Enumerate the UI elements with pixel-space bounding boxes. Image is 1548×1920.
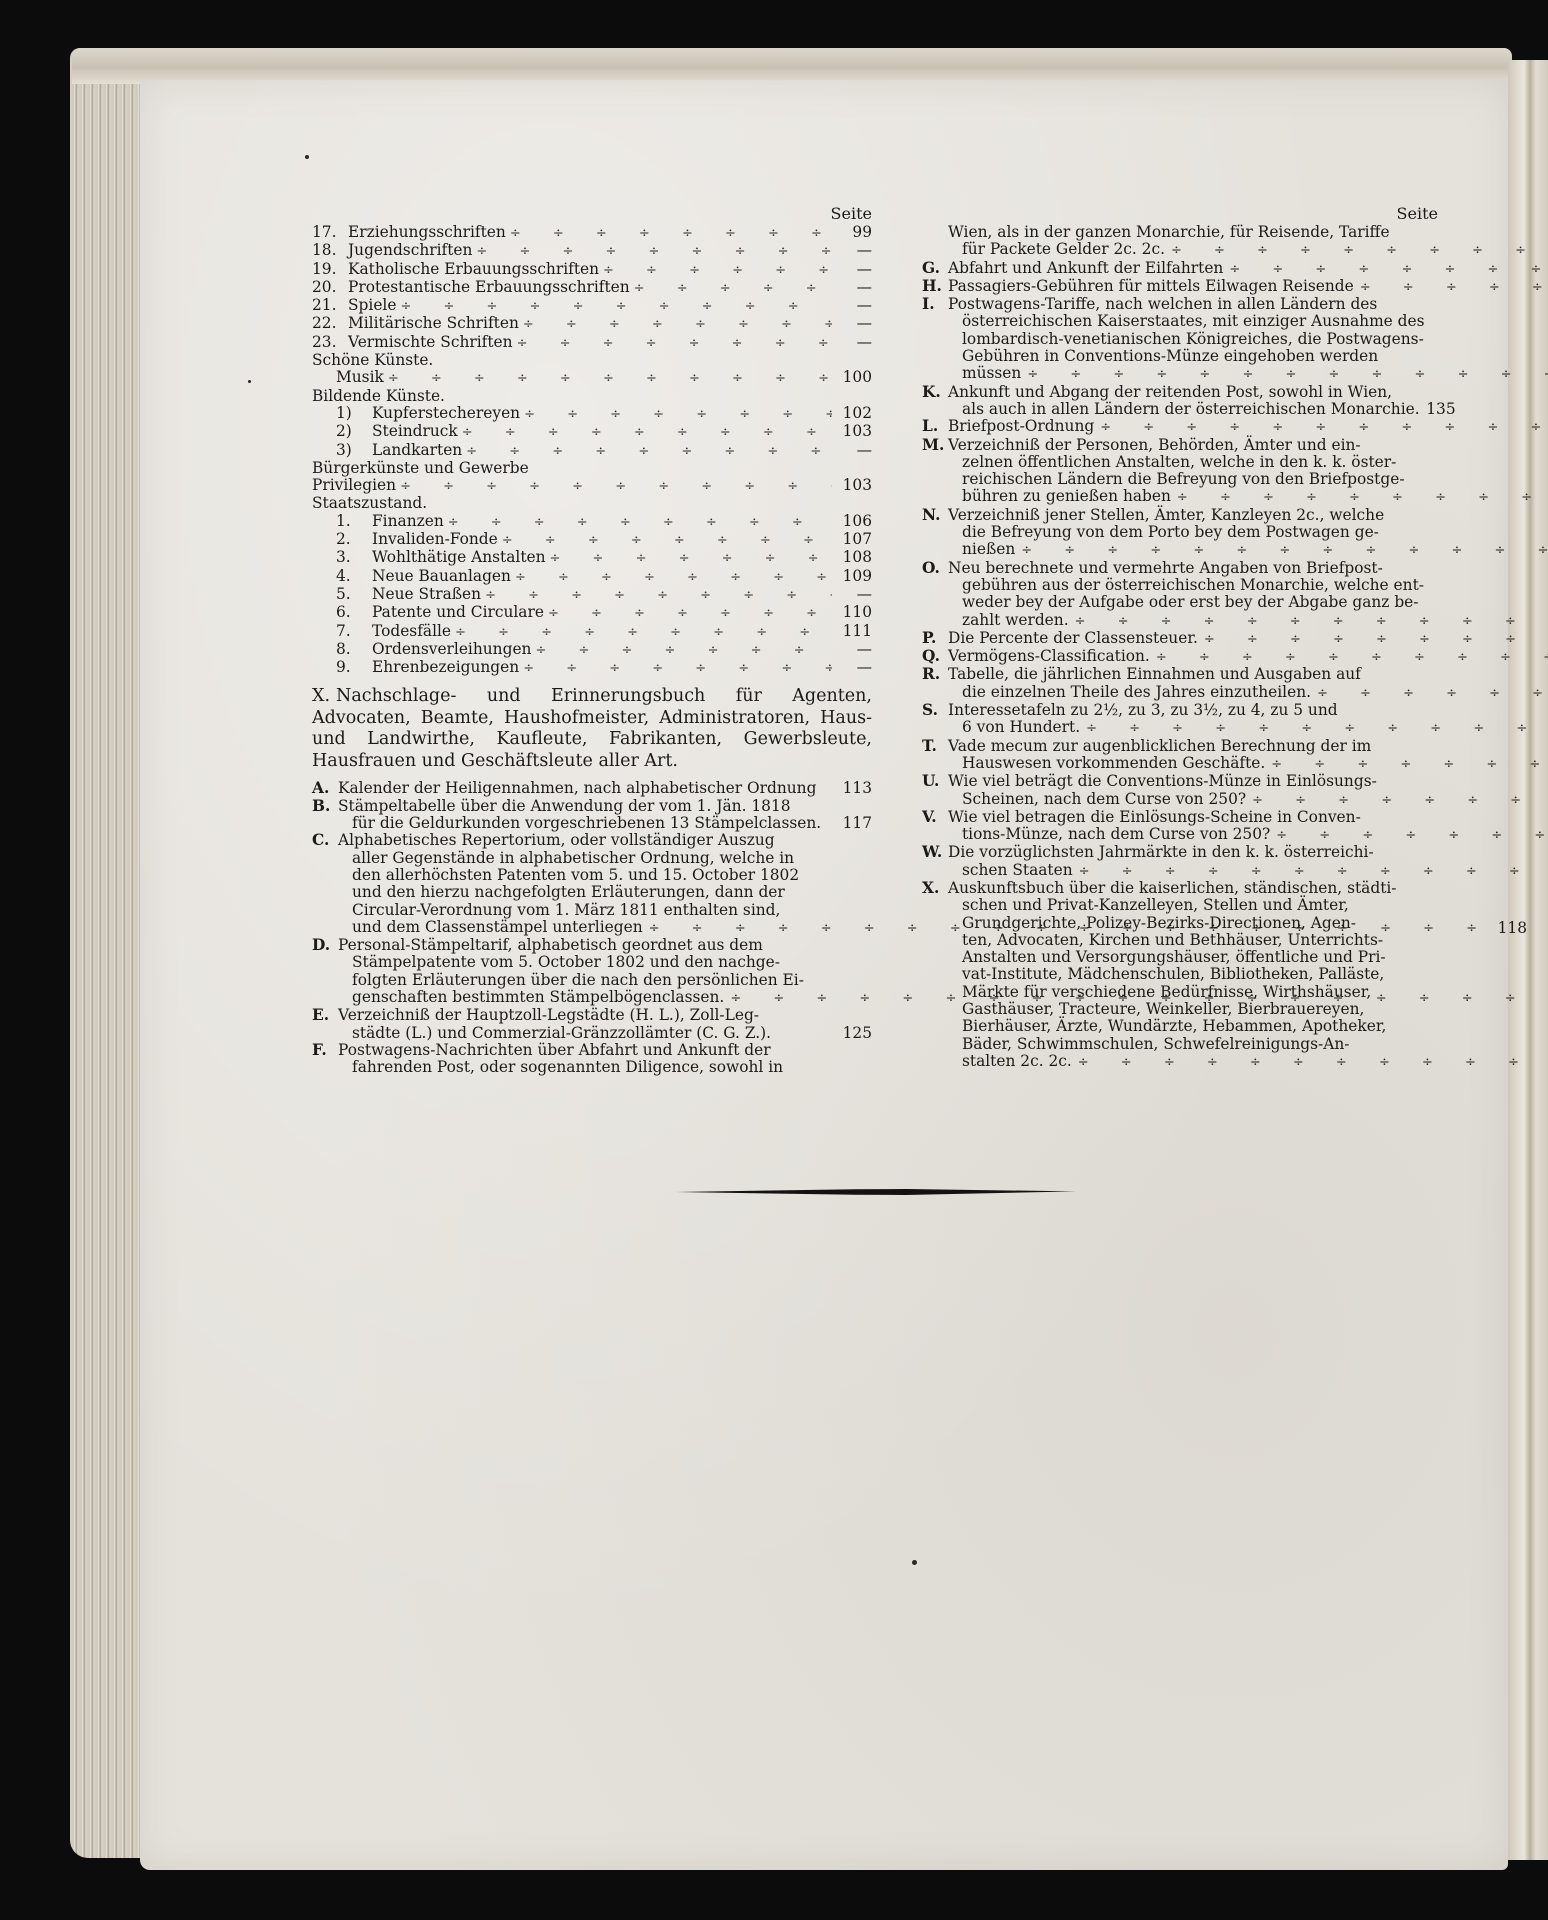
entry-letter: M.: [922, 437, 948, 507]
entry-letter: C.: [312, 832, 338, 937]
toc-entry: Wien, als in der ganzen Monarchie, für R…: [922, 224, 1438, 260]
toc-entry: N.Verzeichniß jener Stellen, Ämter, Kanz…: [922, 507, 1438, 560]
item-title: Ehrenbezeigungen: [372, 659, 519, 676]
page-number: 113: [836, 780, 872, 797]
toc-row: 3.Wohlthätige Anstalten÷ ÷ ÷ ÷ ÷ ÷ ÷ ÷ ÷…: [312, 549, 872, 567]
item-title: Erziehungsschriften: [348, 224, 506, 241]
entry-line: stalten 2c. 2c.÷ ÷ ÷ ÷ ÷ ÷ ÷ ÷ ÷ ÷ ÷ ÷ ÷…: [948, 1053, 1548, 1071]
page-number: 106: [836, 513, 872, 530]
ink-speck: [305, 155, 309, 159]
entry-text: die Befreyung von dem Porto bey dem Post…: [962, 524, 1379, 541]
entry-letter: X.: [922, 880, 948, 1071]
entry-body: Postwagens-Nachrichten über Abfahrt und …: [338, 1042, 836, 1077]
left-lettered-entries: A.Kalender der Heiligennahmen, nach alph…: [312, 780, 872, 1076]
item-title: Militärische Schriften: [348, 315, 519, 332]
item-title: Spiele: [348, 297, 396, 314]
item-number: 21.: [312, 297, 348, 314]
entry-text: zahlt werden.: [962, 612, 1069, 629]
toc-entry: H.Passagiers-Gebühren für mittels Eilwag…: [922, 278, 1438, 296]
item-title: Kupferstechereyen: [372, 405, 520, 422]
page-number: —: [836, 242, 872, 259]
entry-line: tions-Münze, nach dem Curse von 250?÷ ÷ …: [948, 826, 1548, 844]
entry-text: vat-Institute, Mädchenschulen, Bibliothe…: [962, 966, 1384, 983]
toc-row: 3)Landkarten÷ ÷ ÷ ÷ ÷ ÷ ÷ ÷ ÷ ÷ ÷ ÷ ÷ ÷ …: [312, 442, 872, 460]
dot-leader: ÷ ÷ ÷ ÷ ÷ ÷ ÷ ÷ ÷ ÷ ÷ ÷ ÷ ÷ ÷ ÷ ÷ ÷ ÷ ÷: [1078, 1054, 1548, 1071]
entry-letter: B.: [312, 798, 338, 833]
dot-leader: ÷ ÷ ÷ ÷ ÷ ÷ ÷ ÷ ÷ ÷ ÷ ÷ ÷ ÷ ÷ ÷ ÷ ÷ ÷ ÷: [455, 624, 832, 641]
item-number: 2): [336, 423, 372, 440]
entry-body: Die vorzüglichsten Jahrmärkte in den k. …: [948, 844, 1548, 880]
dot-leader: ÷ ÷ ÷ ÷ ÷ ÷ ÷ ÷ ÷ ÷ ÷ ÷ ÷ ÷ ÷ ÷ ÷ ÷ ÷ ÷: [448, 514, 832, 531]
entry-body: Vade mecum zur augenblicklichen Berechnu…: [948, 738, 1548, 774]
entry-line: Gasthäuser, Tracteure, Weinkeller, Bierb…: [948, 1001, 1548, 1018]
item-title: Wohlthätige Anstalten: [372, 549, 546, 566]
entry-line: Wie viel beträgt die Conventions-Münze i…: [948, 773, 1548, 790]
entry-line: Bierhäuser, Ärzte, Wundärzte, Hebammen, …: [948, 1018, 1548, 1035]
entry-line: Verzeichniß jener Stellen, Ämter, Kanzle…: [948, 507, 1548, 524]
entry-letter: I.: [922, 296, 948, 383]
toc-entry: W.Die vorzüglichsten Jahrmärkte in den k…: [922, 844, 1438, 880]
toc-row: 21.Spiele÷ ÷ ÷ ÷ ÷ ÷ ÷ ÷ ÷ ÷ ÷ ÷ ÷ ÷ ÷ ÷…: [312, 297, 872, 315]
entry-line: Tabelle, die jährlichen Einnahmen und Au…: [948, 666, 1548, 683]
item-title: Katholische Erbauungsschriften: [348, 261, 599, 278]
toc-entry: D.Personal-Stämpeltarif, alphabetisch ge…: [312, 937, 872, 1007]
entry-text: Abfahrt und Ankunft der Eilfahrten: [948, 260, 1223, 277]
ink-speck: [248, 380, 251, 383]
toc-row: 2.Invaliden-Fonde÷ ÷ ÷ ÷ ÷ ÷ ÷ ÷ ÷ ÷ ÷ ÷…: [312, 531, 872, 549]
entry-body: Briefpost-Ordnung÷ ÷ ÷ ÷ ÷ ÷ ÷ ÷ ÷ ÷ ÷ ÷…: [948, 418, 1548, 436]
entry-line: Ankunft und Abgang der reitenden Post, s…: [948, 384, 1420, 401]
entry-letter: T.: [922, 738, 948, 774]
dot-leader: ÷ ÷ ÷ ÷ ÷ ÷ ÷ ÷ ÷ ÷ ÷ ÷ ÷ ÷ ÷ ÷ ÷ ÷ ÷ ÷: [476, 243, 832, 260]
bildende-kuenste-items: 1)Kupferstechereyen÷ ÷ ÷ ÷ ÷ ÷ ÷ ÷ ÷ ÷ ÷…: [312, 405, 872, 460]
entry-body: Stämpeltabelle über die Anwendung der vo…: [338, 798, 836, 833]
closing-rule-ornament: [676, 1188, 1076, 1196]
page-number: —: [836, 586, 872, 603]
entry-line: die Befreyung von dem Porto bey dem Post…: [948, 524, 1548, 541]
page-number: 99: [836, 224, 872, 241]
entry-line: Märkte für verschiedene Bedürfnisse, Wir…: [948, 984, 1548, 1001]
toc-entry: K.Ankunft und Abgang der reitenden Post,…: [922, 384, 1438, 419]
page-number: 102: [836, 405, 872, 422]
entry-line: 6 von Hundert.÷ ÷ ÷ ÷ ÷ ÷ ÷ ÷ ÷ ÷ ÷ ÷ ÷ …: [948, 719, 1548, 737]
page-number: —: [836, 659, 872, 676]
page-number: —: [836, 315, 872, 332]
item-title: Jugendschriften: [348, 242, 472, 259]
entry-text: Wien, als in der ganzen Monarchie, für R…: [948, 224, 1390, 241]
toc-row: 23.Vermischte Schriften÷ ÷ ÷ ÷ ÷ ÷ ÷ ÷ ÷…: [312, 334, 872, 352]
entry-line: bühren zu genießen haben÷ ÷ ÷ ÷ ÷ ÷ ÷ ÷ …: [948, 488, 1548, 506]
entry-text: Grundgerichte, Polizey-Bezirks-Direction…: [962, 915, 1356, 932]
item-number: 23.: [312, 334, 348, 351]
item-title: Vermischte Schriften: [348, 334, 513, 351]
entry-text: Passagiers-Gebühren für mittels Eilwagen…: [948, 278, 1354, 295]
item-number: 22.: [312, 315, 348, 332]
entry-text: Kalender der Heiligennahmen, nach alphab…: [338, 780, 816, 797]
page-number: 108: [836, 549, 872, 566]
entry-line: schen Staaten÷ ÷ ÷ ÷ ÷ ÷ ÷ ÷ ÷ ÷ ÷ ÷ ÷ ÷…: [948, 862, 1548, 880]
dot-leader: ÷ ÷ ÷ ÷ ÷ ÷ ÷ ÷ ÷ ÷ ÷ ÷ ÷ ÷ ÷ ÷ ÷ ÷ ÷ ÷: [1100, 419, 1548, 436]
entry-text: lombardisch-venetianischen Königreiches,…: [962, 331, 1424, 348]
entry-text: weder bey der Aufgabe oder erst bey der …: [962, 594, 1418, 611]
item-number: 8.: [336, 641, 372, 658]
toc-row: 1)Kupferstechereyen÷ ÷ ÷ ÷ ÷ ÷ ÷ ÷ ÷ ÷ ÷…: [312, 405, 872, 423]
staatszustand-items: 1.Finanzen÷ ÷ ÷ ÷ ÷ ÷ ÷ ÷ ÷ ÷ ÷ ÷ ÷ ÷ ÷ …: [312, 513, 872, 678]
dot-leader: ÷ ÷ ÷ ÷ ÷ ÷ ÷ ÷ ÷ ÷ ÷ ÷ ÷ ÷ ÷ ÷ ÷ ÷ ÷ ÷: [466, 443, 832, 460]
entry-line: städte (L.) und Commerzial-Gränzzollämte…: [338, 1025, 836, 1042]
entry-text: folgten Erläuterungen über die nach den …: [352, 972, 804, 989]
entry-letter: Q.: [922, 648, 948, 666]
entry-letter: O.: [922, 560, 948, 630]
entry-text: Circular-Verordnung vom 1. März 1811 ent…: [352, 902, 780, 919]
entry-line: Anstalten und Versorgungshäuser, öffentl…: [948, 949, 1548, 966]
entry-text: Auskunftsbuch über die kaiserlichen, stä…: [948, 880, 1397, 897]
entry-line: als auch in allen Ländern der österreich…: [948, 401, 1420, 418]
toc-row: 5.Neue Straßen÷ ÷ ÷ ÷ ÷ ÷ ÷ ÷ ÷ ÷ ÷ ÷ ÷ …: [312, 586, 872, 604]
entry-body: Verzeichniß der Hauptzoll-Legstädte (H. …: [338, 1007, 836, 1042]
entry-text: Postwagens-Tariffe, nach welchen in alle…: [948, 296, 1377, 313]
entry-text: Bierhäuser, Ärzte, Wundärzte, Hebammen, …: [962, 1018, 1386, 1035]
dot-leader: ÷ ÷ ÷ ÷ ÷ ÷ ÷ ÷ ÷ ÷ ÷ ÷ ÷ ÷ ÷ ÷ ÷ ÷ ÷ ÷: [523, 660, 832, 677]
item-number: 3.: [336, 549, 372, 566]
ink-speck: [912, 1560, 917, 1565]
schoene-kuenste-items: Musik÷ ÷ ÷ ÷ ÷ ÷ ÷ ÷ ÷ ÷ ÷ ÷ ÷ ÷ ÷ ÷ ÷ ÷…: [312, 369, 872, 387]
toc-entry: U.Wie viel beträgt die Conventions-Münze…: [922, 773, 1438, 809]
entry-line: Stämpeltabelle über die Anwendung der vo…: [338, 798, 836, 815]
dot-leader: ÷ ÷ ÷ ÷ ÷ ÷ ÷ ÷ ÷ ÷ ÷ ÷ ÷ ÷ ÷ ÷ ÷ ÷ ÷ ÷: [1079, 863, 1548, 880]
entry-line: Verzeichniß der Hauptzoll-Legstädte (H. …: [338, 1007, 836, 1024]
dot-leader: ÷ ÷ ÷ ÷ ÷ ÷ ÷ ÷ ÷ ÷ ÷ ÷ ÷ ÷ ÷ ÷ ÷ ÷ ÷ ÷: [400, 298, 832, 315]
entry-text: Wie viel betragen die Einlösungs-Scheine…: [948, 809, 1361, 826]
toc-entry: E.Verzeichniß der Hauptzoll-Legstädte (H…: [312, 1007, 872, 1042]
item-number: 19.: [312, 261, 348, 278]
item-number: 6.: [336, 604, 372, 621]
item-title: Neue Bauanlagen: [372, 568, 511, 585]
page-number: —: [836, 334, 872, 351]
item-number: 5.: [336, 586, 372, 603]
dot-leader: ÷ ÷ ÷ ÷ ÷ ÷ ÷ ÷ ÷ ÷ ÷ ÷ ÷ ÷ ÷ ÷ ÷ ÷ ÷ ÷: [502, 532, 832, 549]
item-number: 9.: [336, 659, 372, 676]
entry-line: ten, Advocaten, Kirchen und Bethhäuser, …: [948, 932, 1548, 949]
page-number: 100: [836, 369, 872, 386]
entry-body: Abfahrt und Ankunft der Eilfahrten÷ ÷ ÷ …: [948, 260, 1548, 278]
entry-line: Die Percente der Classensteuer.÷ ÷ ÷ ÷ ÷…: [948, 630, 1548, 648]
page-number: 110: [836, 604, 872, 621]
toc-right-column: Seite Wien, als in der ganzen Monarchie,…: [922, 205, 1438, 1071]
entry-body: Passagiers-Gebühren für mittels Eilwagen…: [948, 278, 1548, 296]
dot-leader: ÷ ÷ ÷ ÷ ÷ ÷ ÷ ÷ ÷ ÷ ÷ ÷ ÷ ÷ ÷ ÷ ÷ ÷ ÷ ÷: [634, 280, 832, 297]
page-number: —: [836, 279, 872, 296]
dot-leader: ÷ ÷ ÷ ÷ ÷ ÷ ÷ ÷ ÷ ÷ ÷ ÷ ÷ ÷ ÷ ÷ ÷ ÷ ÷ ÷: [1075, 613, 1548, 630]
entry-text: Wie viel beträgt die Conventions-Münze i…: [948, 773, 1377, 790]
page-number: 135: [1420, 401, 1456, 418]
item-title: Steindruck: [372, 423, 458, 440]
entry-text: Märkte für verschiedene Bedürfnisse, Wir…: [962, 984, 1371, 1001]
toc-row: Musik÷ ÷ ÷ ÷ ÷ ÷ ÷ ÷ ÷ ÷ ÷ ÷ ÷ ÷ ÷ ÷ ÷ ÷…: [312, 369, 872, 387]
entry-text: Scheinen, nach dem Curse von 250?: [962, 791, 1246, 808]
left-numbered-items: 17.Erziehungsschriften÷ ÷ ÷ ÷ ÷ ÷ ÷ ÷ ÷ …: [312, 224, 872, 352]
item-number: 4.: [336, 568, 372, 585]
entry-body: Tabelle, die jährlichen Einnahmen und Au…: [948, 666, 1548, 702]
dot-leader: ÷ ÷ ÷ ÷ ÷ ÷ ÷ ÷ ÷ ÷ ÷ ÷ ÷ ÷ ÷ ÷ ÷ ÷ ÷ ÷: [517, 335, 832, 352]
right-lettered-entries: Wien, als in der ganzen Monarchie, für R…: [922, 224, 1438, 1071]
heading-staatszustand: Staatszustand.: [312, 495, 872, 512]
toc-entry: I.Postwagens-Tariffe, nach welchen in al…: [922, 296, 1438, 383]
entry-text: Interessetafeln zu 2½, zu 3, zu 3½, zu 4…: [948, 702, 1338, 719]
entry-line: Abfahrt und Ankunft der Eilfahrten÷ ÷ ÷ …: [948, 260, 1548, 278]
dot-leader: ÷ ÷ ÷ ÷ ÷ ÷ ÷ ÷ ÷ ÷ ÷ ÷ ÷ ÷ ÷ ÷ ÷ ÷ ÷ ÷: [535, 642, 832, 659]
entry-line: weder bey der Aufgabe oder erst bey der …: [948, 594, 1548, 611]
page-number: 117: [836, 815, 872, 832]
toc-row: 7.Todesfälle÷ ÷ ÷ ÷ ÷ ÷ ÷ ÷ ÷ ÷ ÷ ÷ ÷ ÷ …: [312, 623, 872, 641]
entry-letter: S.: [922, 702, 948, 738]
dot-leader: ÷ ÷ ÷ ÷ ÷ ÷ ÷ ÷ ÷ ÷ ÷ ÷ ÷ ÷ ÷ ÷ ÷ ÷ ÷ ÷: [1317, 685, 1548, 702]
dot-leader: ÷ ÷ ÷ ÷ ÷ ÷ ÷ ÷ ÷ ÷ ÷ ÷ ÷ ÷ ÷ ÷ ÷ ÷ ÷ ÷: [523, 316, 832, 333]
item-title: Protestantische Erbauungsschriften: [348, 279, 630, 296]
entry-line: Wien, als in der ganzen Monarchie, für R…: [948, 224, 1548, 241]
entry-body: Auskunftsbuch über die kaiserlichen, stä…: [948, 880, 1548, 1071]
entry-line: Auskunftsbuch über die kaiserlichen, stä…: [948, 880, 1548, 897]
entry-text: Anstalten und Versorgungshäuser, öffentl…: [962, 949, 1386, 966]
entry-line: vat-Institute, Mädchenschulen, Bibliothe…: [948, 966, 1548, 983]
toc-row: 2)Steindruck÷ ÷ ÷ ÷ ÷ ÷ ÷ ÷ ÷ ÷ ÷ ÷ ÷ ÷ …: [312, 423, 872, 441]
entry-body: Wie viel betragen die Einlösungs-Scheine…: [948, 809, 1548, 845]
entry-letter: P.: [922, 630, 948, 648]
entry-line: Vade mecum zur augenblicklichen Berechnu…: [948, 738, 1548, 755]
entry-text: Stämpelpatente vom 5. October 1802 und d…: [352, 954, 780, 971]
dot-leader: ÷ ÷ ÷ ÷ ÷ ÷ ÷ ÷ ÷ ÷ ÷ ÷ ÷ ÷ ÷ ÷ ÷ ÷ ÷ ÷: [400, 478, 832, 495]
page-number: 103: [836, 423, 872, 440]
toc-row: 9.Ehrenbezeigungen÷ ÷ ÷ ÷ ÷ ÷ ÷ ÷ ÷ ÷ ÷ …: [312, 659, 872, 677]
entry-line: Interessetafeln zu 2½, zu 3, zu 3½, zu 4…: [948, 702, 1548, 719]
entry-body: Wien, als in der ganzen Monarchie, für R…: [948, 224, 1548, 260]
page-number: 111: [836, 623, 872, 640]
dot-leader: ÷ ÷ ÷ ÷ ÷ ÷ ÷ ÷ ÷ ÷ ÷ ÷ ÷ ÷ ÷ ÷ ÷ ÷ ÷ ÷: [1027, 366, 1548, 383]
entry-line: für Packete Gelder 2c. 2c.÷ ÷ ÷ ÷ ÷ ÷ ÷ …: [948, 241, 1548, 259]
toc-entry: C.Alphabetisches Repertorium, oder volls…: [312, 832, 872, 937]
page-number: —: [836, 261, 872, 278]
dot-leader: ÷ ÷ ÷ ÷ ÷ ÷ ÷ ÷ ÷ ÷ ÷ ÷ ÷ ÷ ÷ ÷ ÷ ÷ ÷ ÷: [1171, 242, 1548, 259]
toc-entry: S.Interessetafeln zu 2½, zu 3, zu 3½, zu…: [922, 702, 1438, 738]
entry-text: Alphabetisches Repertorium, oder vollstä…: [338, 832, 775, 849]
dot-leader: ÷ ÷ ÷ ÷ ÷ ÷ ÷ ÷ ÷ ÷ ÷ ÷ ÷ ÷ ÷ ÷ ÷ ÷ ÷ ÷: [1276, 827, 1548, 844]
toc-entry: A.Kalender der Heiligennahmen, nach alph…: [312, 780, 872, 797]
item-number: 7.: [336, 623, 372, 640]
entry-text: Gebühren in Conventions-Münze eingehoben…: [962, 348, 1378, 365]
dot-leader: ÷ ÷ ÷ ÷ ÷ ÷ ÷ ÷ ÷ ÷ ÷ ÷ ÷ ÷ ÷ ÷ ÷ ÷ ÷ ÷: [1204, 631, 1548, 648]
item-number: 18.: [312, 242, 348, 259]
toc-entry: T.Vade mecum zur augenblicklichen Berech…: [922, 738, 1438, 774]
entry-line: Vermögens-Classification.÷ ÷ ÷ ÷ ÷ ÷ ÷ ÷…: [948, 648, 1548, 666]
dot-leader: ÷ ÷ ÷ ÷ ÷ ÷ ÷ ÷ ÷ ÷ ÷ ÷ ÷ ÷ ÷ ÷ ÷ ÷ ÷ ÷: [1271, 756, 1548, 773]
entry-text: und dem Classenstämpel unterliegen: [352, 919, 643, 936]
entry-line: Verzeichniß der Personen, Behörden, Ämte…: [948, 437, 1548, 454]
entry-line: Neu berechnete und vermehrte Angaben von…: [948, 560, 1548, 577]
page-number: —: [836, 297, 872, 314]
entry-line: Die vorzüglichsten Jahrmärkte in den k. …: [948, 844, 1548, 861]
entry-text: 6 von Hundert.: [962, 719, 1080, 736]
dot-leader: ÷ ÷ ÷ ÷ ÷ ÷ ÷ ÷ ÷ ÷ ÷ ÷ ÷ ÷ ÷ ÷ ÷ ÷ ÷ ÷: [1229, 261, 1548, 278]
item-title: Patente und Circulare: [372, 604, 544, 621]
entry-text: städte (L.) und Commerzial-Gränzzollämte…: [352, 1025, 771, 1042]
toc-entry: Q.Vermögens-Classification.÷ ÷ ÷ ÷ ÷ ÷ ÷…: [922, 648, 1438, 666]
entry-text: schen Staaten: [962, 862, 1073, 879]
item-title: Privilegien: [312, 477, 396, 494]
entry-letter: A.: [312, 780, 338, 797]
entry-text: Neu berechnete und vermehrte Angaben von…: [948, 560, 1383, 577]
toc-left-column: Seite 17.Erziehungsschriften÷ ÷ ÷ ÷ ÷ ÷ …: [312, 205, 872, 1076]
entry-text: Verzeichniß der Hauptzoll-Legstädte (H. …: [338, 1007, 759, 1024]
toc-entry: B.Stämpeltabelle über die Anwendung der …: [312, 798, 872, 833]
item-title: Finanzen: [372, 513, 444, 530]
item-title: Landkarten: [372, 442, 462, 459]
toc-row: 22.Militärische Schriften÷ ÷ ÷ ÷ ÷ ÷ ÷ ÷…: [312, 315, 872, 333]
entry-text: Vade mecum zur augenblicklichen Berechnu…: [948, 738, 1371, 755]
entry-text: für die Geldurkunden vorgeschriebenen 13…: [352, 815, 821, 832]
dot-leader: ÷ ÷ ÷ ÷ ÷ ÷ ÷ ÷ ÷ ÷ ÷ ÷ ÷ ÷ ÷ ÷ ÷ ÷ ÷ ÷: [388, 370, 832, 387]
entry-letter: D.: [312, 937, 338, 1007]
item-title: Ordensverleihungen: [372, 641, 531, 658]
toc-row: 18.Jugendschriften÷ ÷ ÷ ÷ ÷ ÷ ÷ ÷ ÷ ÷ ÷ …: [312, 242, 872, 260]
entry-line: Wie viel betragen die Einlösungs-Scheine…: [948, 809, 1548, 826]
entry-text: zelnen öffentlichen Anstalten, welche in…: [962, 454, 1396, 471]
entry-line: Bäder, Schwimmschulen, Schwefelreinigung…: [948, 1036, 1548, 1053]
item-title: Neue Straßen: [372, 586, 481, 603]
entry-line: Briefpost-Ordnung÷ ÷ ÷ ÷ ÷ ÷ ÷ ÷ ÷ ÷ ÷ ÷…: [948, 418, 1548, 436]
entry-body: Verzeichniß jener Stellen, Ämter, Kanzle…: [948, 507, 1548, 560]
item-number: 1): [336, 405, 372, 422]
dot-leader: ÷ ÷ ÷ ÷ ÷ ÷ ÷ ÷ ÷ ÷ ÷ ÷ ÷ ÷ ÷ ÷ ÷ ÷ ÷ ÷: [1086, 720, 1548, 737]
entry-letter: K.: [922, 384, 948, 419]
page-edges-top: [72, 48, 1512, 84]
entry-line: gebühren aus der österreichischen Monarc…: [948, 577, 1548, 594]
entry-line: für die Geldurkunden vorgeschriebenen 13…: [338, 815, 836, 832]
entry-line: Postwagens-Tariffe, nach welchen in alle…: [948, 296, 1548, 313]
entry-line: lombardisch-venetianischen Königreiches,…: [948, 331, 1548, 348]
item-title: Todesfälle: [372, 623, 451, 640]
entry-line: österreichischen Kaiserstaates, mit einz…: [948, 313, 1548, 330]
heading-buergerkuenste: Bürgerkünste und Gewerbe: [312, 460, 872, 477]
section-x-title: X.Nachschlage- und Erinnerungsbuch für A…: [312, 686, 872, 772]
toc-row: 17.Erziehungsschriften÷ ÷ ÷ ÷ ÷ ÷ ÷ ÷ ÷ …: [312, 224, 872, 242]
toc-entry: R.Tabelle, die jährlichen Einnahmen und …: [922, 666, 1438, 702]
page-number: —: [836, 442, 872, 459]
entry-line: müssen÷ ÷ ÷ ÷ ÷ ÷ ÷ ÷ ÷ ÷ ÷ ÷ ÷ ÷ ÷ ÷ ÷ …: [948, 365, 1548, 383]
entry-letter: R.: [922, 666, 948, 702]
item-number: 3): [336, 442, 372, 459]
item-number: 20.: [312, 279, 348, 296]
toc-row: 4.Neue Bauanlagen÷ ÷ ÷ ÷ ÷ ÷ ÷ ÷ ÷ ÷ ÷ ÷…: [312, 568, 872, 586]
seite-header-right: Seite: [922, 205, 1438, 223]
toc-entry: V.Wie viel betragen die Einlösungs-Schei…: [922, 809, 1438, 845]
dot-leader: ÷ ÷ ÷ ÷ ÷ ÷ ÷ ÷ ÷ ÷ ÷ ÷ ÷ ÷ ÷ ÷ ÷ ÷ ÷ ÷: [548, 605, 832, 622]
entry-text: aller Gegenstände in alphabetischer Ordn…: [352, 850, 794, 867]
entry-text: bühren zu genießen haben: [962, 488, 1171, 505]
dot-leader: ÷ ÷ ÷ ÷ ÷ ÷ ÷ ÷ ÷ ÷ ÷ ÷ ÷ ÷ ÷ ÷ ÷ ÷ ÷ ÷: [485, 587, 832, 604]
entry-line: zelnen öffentlichen Anstalten, welche in…: [948, 454, 1548, 471]
dot-leader: ÷ ÷ ÷ ÷ ÷ ÷ ÷ ÷ ÷ ÷ ÷ ÷ ÷ ÷ ÷ ÷ ÷ ÷ ÷ ÷: [1156, 649, 1548, 666]
entry-body: Die Percente der Classensteuer.÷ ÷ ÷ ÷ ÷…: [948, 630, 1548, 648]
page-number: —: [836, 641, 872, 658]
dot-leader: ÷ ÷ ÷ ÷ ÷ ÷ ÷ ÷ ÷ ÷ ÷ ÷ ÷ ÷ ÷ ÷ ÷ ÷ ÷ ÷: [550, 550, 832, 567]
entry-letter: E.: [312, 1007, 338, 1042]
entry-text: gebühren aus der österreichischen Monarc…: [962, 577, 1424, 594]
entry-line: schen und Privat-Kanzelleyen, Stellen un…: [948, 897, 1548, 914]
entry-text: nießen: [962, 541, 1015, 558]
entry-letter: N.: [922, 507, 948, 560]
entry-body: Kalender der Heiligennahmen, nach alphab…: [338, 780, 836, 797]
entry-text: österreichischen Kaiserstaates, mit einz…: [962, 313, 1425, 330]
toc-entry: M.Verzeichniß der Personen, Behörden, Äm…: [922, 437, 1438, 507]
page-number: 109: [836, 568, 872, 585]
entry-letter: U.: [922, 773, 948, 809]
item-title: Musik: [336, 369, 384, 386]
toc-row: 1.Finanzen÷ ÷ ÷ ÷ ÷ ÷ ÷ ÷ ÷ ÷ ÷ ÷ ÷ ÷ ÷ …: [312, 513, 872, 531]
entry-line: reichischen Ländern die Befreyung von de…: [948, 471, 1548, 488]
toc-entry: O.Neu berechnete und vermehrte Angaben v…: [922, 560, 1438, 630]
entry-text: als auch in allen Ländern der österreich…: [962, 401, 1420, 418]
entry-text: Verzeichniß der Personen, Behörden, Ämte…: [948, 437, 1361, 454]
entry-text: Postwagens-Nachrichten über Abfahrt und …: [338, 1042, 771, 1059]
buergerkuenste-items: Privilegien÷ ÷ ÷ ÷ ÷ ÷ ÷ ÷ ÷ ÷ ÷ ÷ ÷ ÷ ÷…: [312, 477, 872, 495]
toc-row: 8.Ordensverleihungen÷ ÷ ÷ ÷ ÷ ÷ ÷ ÷ ÷ ÷ …: [312, 641, 872, 659]
entry-body: Interessetafeln zu 2½, zu 3, zu 3½, zu 4…: [948, 702, 1548, 738]
toc-entry: X.Auskunftsbuch über die kaiserlichen, s…: [922, 880, 1438, 1071]
entry-body: Postwagens-Tariffe, nach welchen in alle…: [948, 296, 1548, 383]
dot-leader: ÷ ÷ ÷ ÷ ÷ ÷ ÷ ÷ ÷ ÷ ÷ ÷ ÷ ÷ ÷ ÷ ÷ ÷ ÷ ÷: [1360, 279, 1548, 296]
entry-text: für Packete Gelder 2c. 2c.: [962, 241, 1165, 258]
entry-text: Die Percente der Classensteuer.: [948, 630, 1198, 647]
toc-entry: P.Die Percente der Classensteuer.÷ ÷ ÷ ÷…: [922, 630, 1438, 648]
item-number: 2.: [336, 531, 372, 548]
toc-entry: F.Postwagens-Nachrichten über Abfahrt un…: [312, 1042, 872, 1077]
entry-text: Tabelle, die jährlichen Einnahmen und Au…: [948, 666, 1361, 683]
toc-row: 19.Katholische Erbauungsschriften÷ ÷ ÷ ÷…: [312, 261, 872, 279]
toc-entry: G.Abfahrt und Ankunft der Eilfahrten÷ ÷ …: [922, 260, 1438, 278]
entry-text: fahrenden Post, oder sogenannten Diligen…: [352, 1059, 783, 1076]
page-number: 107: [836, 531, 872, 548]
entry-line: Grundgerichte, Polizey-Bezirks-Direction…: [948, 915, 1548, 932]
entry-letter: W.: [922, 844, 948, 880]
entry-line: fahrenden Post, oder sogenannten Diligen…: [338, 1059, 836, 1076]
entry-line: die einzelnen Theile des Jahres einzuthe…: [948, 684, 1548, 702]
entry-line: Kalender der Heiligennahmen, nach alphab…: [338, 780, 836, 797]
page-number: 103: [836, 477, 872, 494]
entry-line: Hauswesen vorkommenden Geschäfte.÷ ÷ ÷ ÷…: [948, 755, 1548, 773]
entry-letter: G.: [922, 260, 948, 278]
entry-text: müssen: [962, 365, 1021, 382]
dot-leader: ÷ ÷ ÷ ÷ ÷ ÷ ÷ ÷ ÷ ÷ ÷ ÷ ÷ ÷ ÷ ÷ ÷ ÷ ÷ ÷: [1021, 542, 1548, 559]
entry-text: Die vorzüglichsten Jahrmärkte in den k. …: [948, 844, 1374, 861]
toc-entry: L.Briefpost-Ordnung÷ ÷ ÷ ÷ ÷ ÷ ÷ ÷ ÷ ÷ ÷…: [922, 418, 1438, 436]
entry-line: zahlt werden.÷ ÷ ÷ ÷ ÷ ÷ ÷ ÷ ÷ ÷ ÷ ÷ ÷ ÷…: [948, 612, 1548, 630]
item-title: Invaliden-Fonde: [372, 531, 498, 548]
entry-line: Passagiers-Gebühren für mittels Eilwagen…: [948, 278, 1548, 296]
item-number: 17.: [312, 224, 348, 241]
entry-body: Wie viel beträgt die Conventions-Münze i…: [948, 773, 1548, 809]
entry-text: ten, Advocaten, Kirchen und Bethhäuser, …: [962, 932, 1383, 949]
entry-text: Ankunft und Abgang der reitenden Post, s…: [948, 384, 1392, 401]
dot-leader: ÷ ÷ ÷ ÷ ÷ ÷ ÷ ÷ ÷ ÷ ÷ ÷ ÷ ÷ ÷ ÷ ÷ ÷ ÷ ÷: [1252, 792, 1548, 809]
entry-text: Bäder, Schwimmschulen, Schwefelreinigung…: [962, 1036, 1350, 1053]
entry-text: Vermögens-Classification.: [948, 648, 1150, 665]
entry-text: Gasthäuser, Tracteure, Weinkeller, Bierb…: [962, 1001, 1364, 1018]
dot-leader: ÷ ÷ ÷ ÷ ÷ ÷ ÷ ÷ ÷ ÷ ÷ ÷ ÷ ÷ ÷ ÷ ÷ ÷ ÷ ÷: [510, 225, 832, 242]
entry-text: Briefpost-Ordnung: [948, 418, 1094, 435]
page-number: 125: [836, 1025, 872, 1042]
seite-header-left: Seite: [312, 205, 872, 223]
entry-text: genschaften bestimmten Stämpelbögenclass…: [352, 989, 724, 1006]
